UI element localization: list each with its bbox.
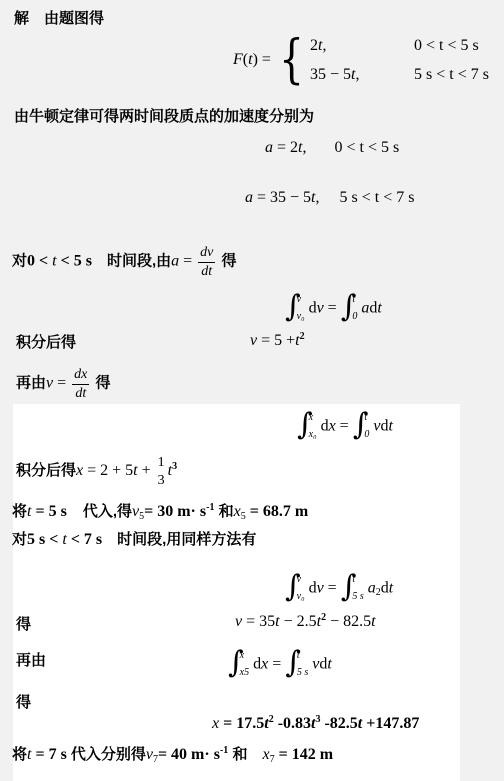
solution-intro-line: 解 由题图得 (14, 10, 104, 29)
segment2-intro-line: 对5 s < t < 7 s 时间段,用同样方法有 (12, 530, 256, 550)
solution-document-page: 解 由题图得 F(t) = { 2t, 0 < t < 5 s 35 − 5t,… (0, 0, 504, 781)
formula-accel-1: a = 2t, 0 < t < 5 s (265, 138, 399, 158)
formula-integral-x2: ∫xx5dx = ∫t5 svdt (228, 646, 332, 684)
formula-accel-2: a = 35 − 5t, 5 s < t < 7 s (245, 188, 414, 208)
formula-x-result1: 积分后得x = 2 + 5t + 13t3 (16, 454, 177, 489)
formula-v-result2: v = 35t − 2.5t2 − 82.5t (235, 612, 376, 632)
formula-v-result1: v = 5 +t2 (250, 331, 305, 351)
integrate-label-1: 积分后得 (16, 334, 76, 353)
get-label-1: 得 (16, 616, 31, 635)
piecewise-lhs: F(t) = (233, 50, 271, 70)
segment1-intro-line: 对0 < t < 5 s 时间段,由a = dvdt 得 (12, 244, 237, 280)
formula-piecewise-force: F(t) = { 2t, 0 < t < 5 s 35 − 5t, 5 s < … (233, 34, 489, 86)
formula-x-result2: x = 17.5t2 -0.83t3 -82.5t +147.87 (212, 714, 419, 734)
then-v-dxdt-line: 再由v = dxdt 得 (16, 366, 111, 402)
piecewise-row-2: 35 − 5t, 5 s < t < 7 s (310, 65, 489, 85)
piecewise-brace: { (279, 34, 304, 86)
piecewise-cases: 2t, 0 < t < 5 s 35 − 5t, 5 s < t < 7 s (310, 36, 489, 85)
formula-integral-x1: ∫xx₀dx = ∫t0vdt (297, 408, 393, 446)
then-by-label: 再由 (16, 652, 46, 671)
formula-integral-v1: ∫vv₀dv = ∫t0adt (285, 290, 382, 328)
substitute-t5-line: 将t = 5 s 代入,得v5= 30 m· s-1 和x5 = 68.7 m (12, 502, 308, 522)
newton-law-line: 由牛顿定律可得两时间段质点的加速度分别为 (14, 108, 314, 127)
piecewise-row-1: 2t, 0 < t < 5 s (310, 36, 489, 56)
formula-integral-v2: ∫vv₀dv = ∫t5 sa2dt (285, 570, 393, 608)
substitute-t7-line: 将t = 7 s 代入分别得v7= 40 m· s-1 和 x7 = 142 m (12, 745, 333, 765)
get-label-2: 得 (16, 694, 31, 713)
